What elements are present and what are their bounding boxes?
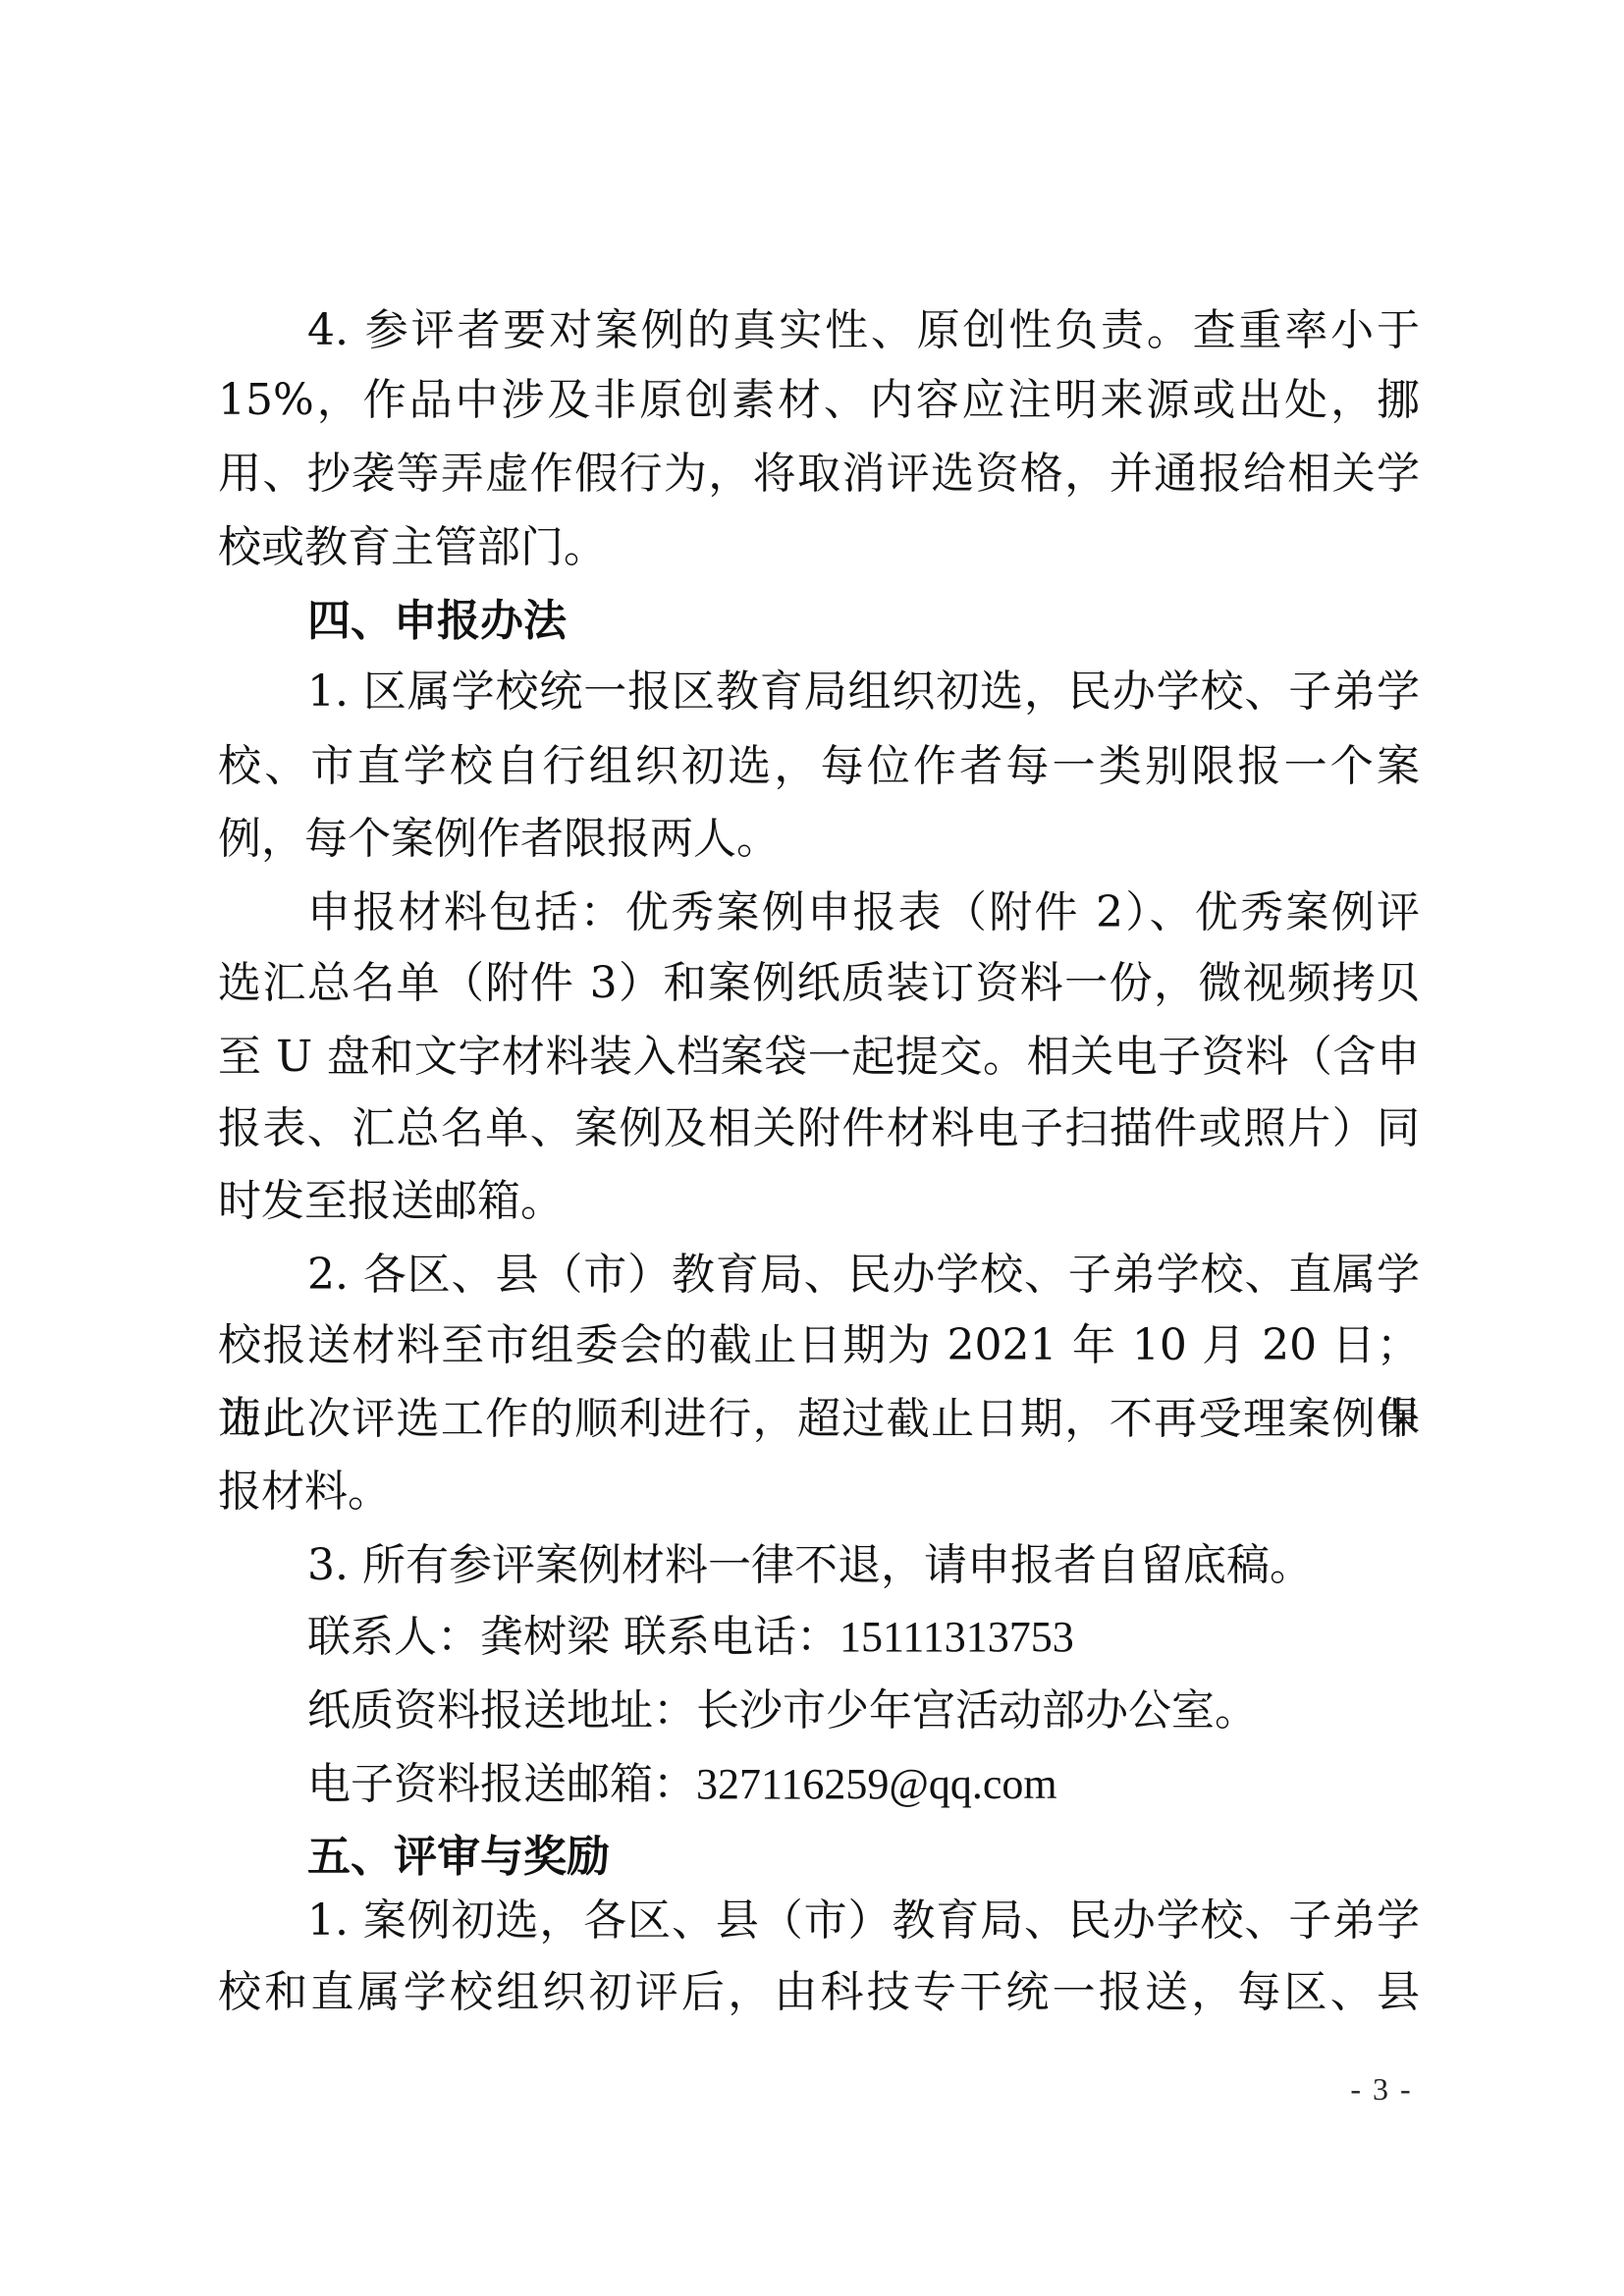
address-value: 长沙市少年宫活动部办公室。 — [696, 1685, 1258, 1735]
paragraph-line: 2. 各区、县（市）教育局、民办学校、子弟学校、直属学 — [307, 1239, 1420, 1311]
contact-line: 联系人：龚树梁 联系电话：15111313753 — [307, 1601, 1420, 1674]
paragraph-line: 校、市直学校自行组织初选，每位作者每一类别限报一个案 — [218, 730, 1420, 803]
section-heading: 四、申报办法 — [307, 585, 1420, 658]
paragraph-line: 证此次评选工作的顺利进行，超过截止日期，不再受理案例申 — [218, 1383, 1420, 1456]
paragraph-line: 校和直属学校组织初评后，由科技专干统一报送，每区、县 — [218, 1956, 1420, 2029]
section-heading: 五、评审与奖励 — [307, 1821, 1420, 1894]
phone-label: 联系电话： — [623, 1612, 839, 1662]
paragraph-line: 至 U 盘和文字材料装入档案袋一起提交。相关电子资料（含申 — [218, 1021, 1420, 1094]
address-label: 纸质资料报送地址： — [307, 1685, 696, 1735]
paragraph-line: 报材料。 — [218, 1456, 1420, 1528]
paragraph-line: 1. 案例初选，各区、县（市）教育局、民办学校、子弟学 — [307, 1885, 1420, 1957]
paragraph-line: 时发至报送邮箱。 — [218, 1165, 1420, 1238]
email-label: 电子资料报送邮箱： — [307, 1759, 696, 1809]
contact-name: 龚树梁 — [480, 1612, 610, 1662]
paragraph-line: 申报材料包括：优秀案例申报表（附件 2）、优秀案例评 — [307, 877, 1420, 949]
email-link[interactable]: 327116259@qq.com — [696, 1760, 1057, 1808]
document-page: 4. 参评者要对案例的真实性、原创性负责。查重率小于 15%，作品中涉及非原创素… — [0, 0, 1624, 2296]
paragraph-line: 例，每个案例作者限报两人。 — [218, 803, 1420, 876]
paragraph-line: 15%，作品中涉及非原创素材、内容应注明来源或出处，挪 — [218, 364, 1420, 437]
address-line: 纸质资料报送地址：长沙市少年宫活动部办公室。 — [307, 1675, 1420, 1747]
paragraph-line: 选汇总名单（附件 3）和案例纸质装订资料一份，微视频拷贝 — [218, 947, 1420, 1020]
paragraph-line: 4. 参评者要对案例的真实性、原创性负责。查重率小于 — [307, 294, 1420, 367]
contact-label: 联系人： — [307, 1612, 480, 1662]
paragraph-line: 3. 所有参评案例材料一律不退，请申报者自留底稿。 — [307, 1529, 1420, 1602]
paragraph-line: 用、抄袭等弄虚作假行为，将取消评选资格，并通报给相关学 — [218, 438, 1420, 510]
page-number: - 3 - — [1337, 2069, 1426, 2109]
email-line: 电子资料报送邮箱：327116259@qq.com — [307, 1748, 1420, 1821]
paragraph-line: 校或教育主管部门。 — [218, 511, 1420, 584]
paragraph-line: 1. 区属学校统一报区教育局组织初选，民办学校、子弟学 — [307, 656, 1420, 728]
phone-number: 15111313753 — [839, 1613, 1074, 1661]
paragraph-line: 校报送材料至市组委会的截止日期为 2021 年 10 月 20 日；为保 — [218, 1309, 1420, 1382]
paragraph-line: 报表、汇总名单、案例及相关附件材料电子扫描件或照片）同 — [218, 1093, 1420, 1165]
